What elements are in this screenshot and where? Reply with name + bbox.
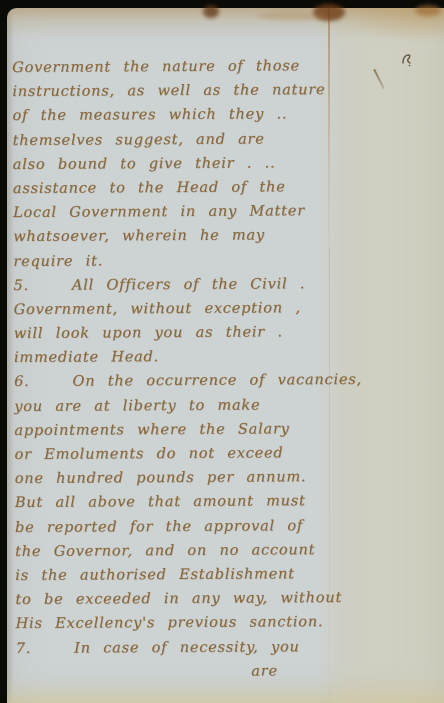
text-line: to be exceeded in any way, without <box>15 586 347 612</box>
text-line: be reported for the approval of <box>15 514 347 540</box>
line-text: Government the nature of those <box>12 58 300 76</box>
line-text: immediate Head. <box>14 349 159 366</box>
line-text: All Officers of the Civil . <box>72 276 305 293</box>
line-text: also bound to give their . .. <box>13 155 276 173</box>
text-line: themselves suggest, and are <box>13 127 345 153</box>
text-line: 6. On the occurrence of vacancies, <box>14 368 346 394</box>
text-line: 5. All Officers of the Civil . <box>13 272 345 298</box>
line-text: to be exceeded in any way, without <box>15 590 342 608</box>
line-text: of the measures which they .. <box>12 107 287 125</box>
ink-stain-icon <box>257 12 327 20</box>
line-text: But all above that amount must <box>15 494 306 512</box>
text-line: 7. In case of necessity, you <box>16 634 348 660</box>
text-line: appointments where the Salary <box>14 417 346 443</box>
corner-squiggle-icon <box>400 52 414 70</box>
line-text: instructions, as well as the nature <box>12 82 325 100</box>
line-text: will look upon you as their . <box>14 324 283 342</box>
text-line: require it. <box>13 247 345 273</box>
text-line: assistance to the Head of the <box>13 175 345 201</box>
ink-stain-icon <box>415 5 441 16</box>
text-line: Government the nature of those <box>12 54 344 80</box>
line-text: Local Government in any Matter <box>13 203 305 221</box>
line-text: In case of necessity, you <box>74 639 300 656</box>
line-text: On the occurrence of vacancies, <box>72 372 362 390</box>
line-text: the Governor, and on no account <box>15 542 315 560</box>
line-text: His Excellency's previous sanction. <box>16 614 324 632</box>
line-text: appointments where the Salary <box>14 421 289 439</box>
text-line: or Emoluments do not exceed <box>14 441 346 467</box>
text-line: immediate Head. <box>14 344 346 370</box>
line-text: be reported for the approval of <box>15 518 303 536</box>
paragraph-number: 6. <box>14 370 60 394</box>
text-line: But all above that amount must <box>15 489 347 515</box>
text-line: you are at liberty to make <box>14 393 346 419</box>
line-text: Government, without exception , <box>14 300 301 318</box>
text-line: whatsoever, wherein he may <box>13 223 345 249</box>
line-text: is the authorised Establishment <box>15 566 295 584</box>
text-line: one hundred pounds per annum. <box>15 465 347 491</box>
paper: Government the nature of those instructi… <box>7 8 444 703</box>
lines-container: Government the nature of those instructi… <box>12 54 348 661</box>
manuscript-text: Government the nature of those instructi… <box>12 54 348 685</box>
line-text: or Emoluments do not exceed <box>14 445 283 463</box>
line-text: themselves suggest, and are <box>13 131 265 149</box>
ink-stain-icon <box>203 5 219 18</box>
line-text: you are at liberty to make <box>14 397 260 415</box>
text-line: is the authorised Establishment <box>15 562 347 588</box>
text-line: Government, without exception , <box>14 296 346 322</box>
line-text: one hundred pounds per annum. <box>15 469 307 487</box>
paragraph-number: 5. <box>13 273 59 297</box>
catchword: are <box>16 659 348 685</box>
text-line: the Governor, and on no account <box>15 538 347 564</box>
line-text: assistance to the Head of the <box>13 179 286 197</box>
text-line: also bound to give their . .. <box>13 151 345 177</box>
line-text: require it. <box>13 253 103 270</box>
text-line: will look upon you as their . <box>14 320 346 346</box>
text-line: instructions, as well as the nature <box>12 78 344 104</box>
diagonal-stroke-icon <box>373 69 385 90</box>
text-line: of the measures which they .. <box>12 102 344 128</box>
text-line: Local Government in any Matter <box>13 199 345 225</box>
text-line: His Excellency's previous sanction. <box>15 610 347 636</box>
line-text: whatsoever, wherein he may <box>13 228 265 246</box>
scanned-document-page: Government the nature of those instructi… <box>0 0 444 703</box>
paragraph-number: 7. <box>16 636 62 660</box>
